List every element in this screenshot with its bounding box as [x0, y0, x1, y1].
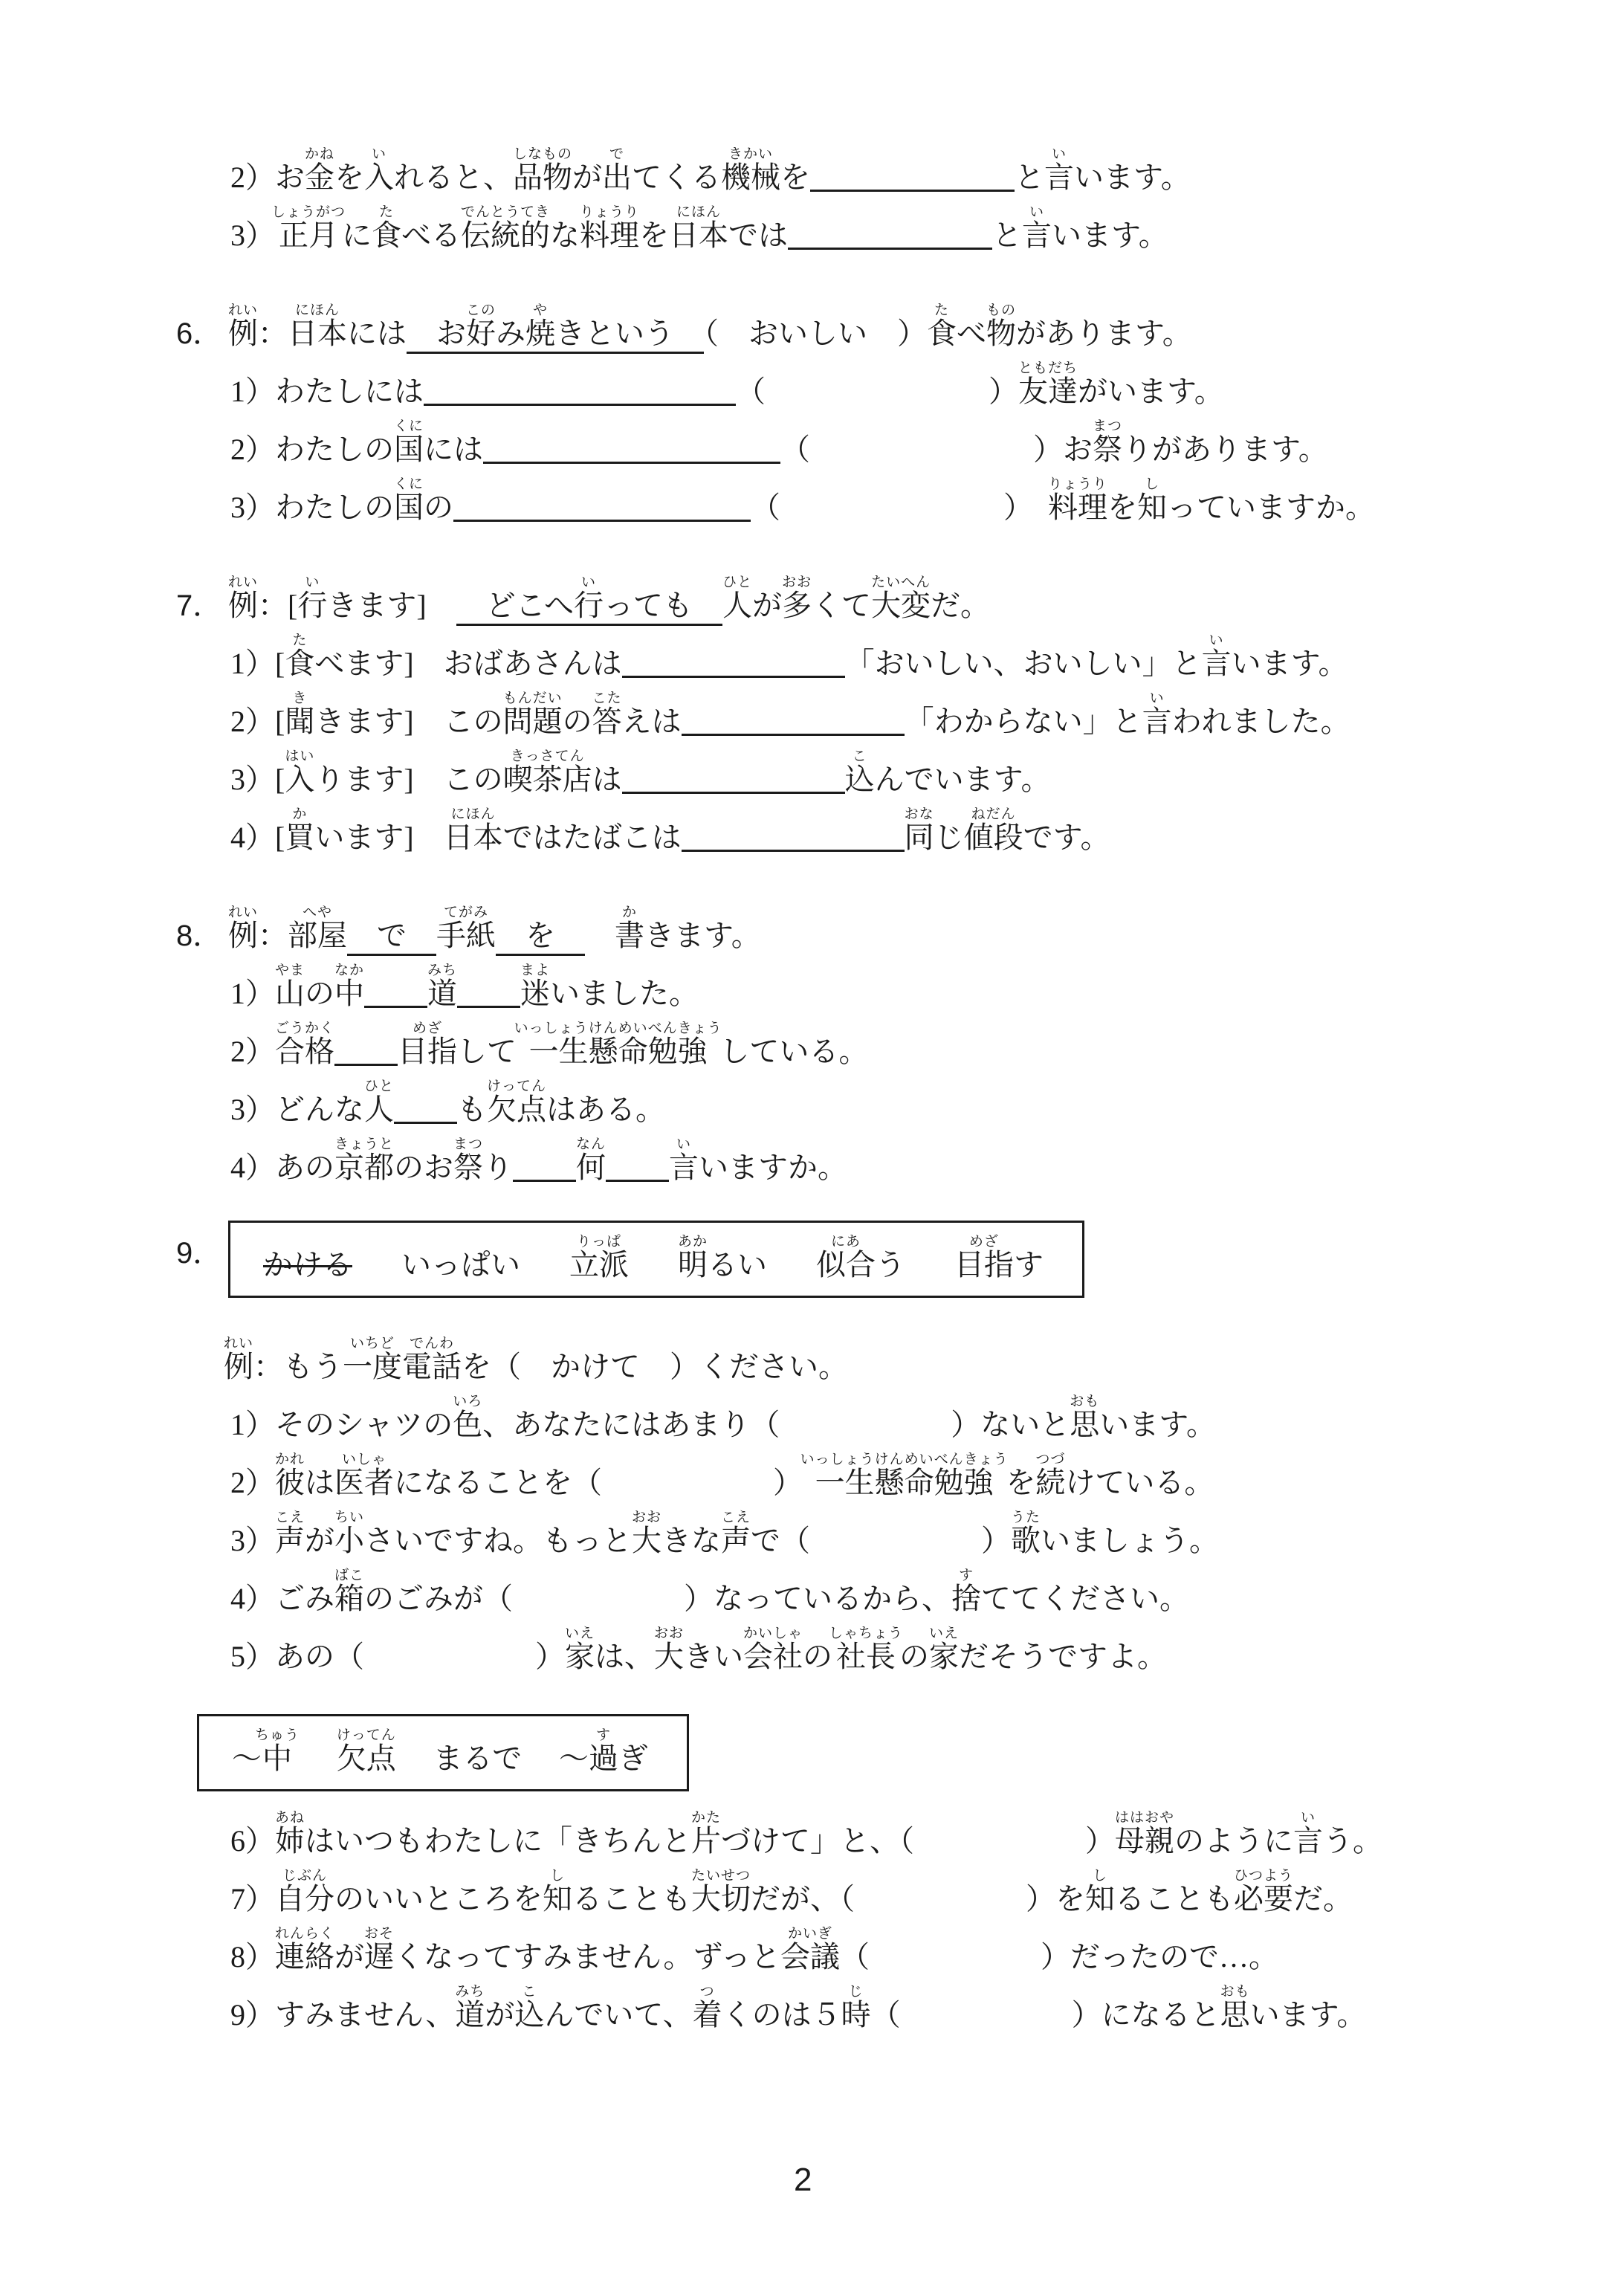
text-run: います。 [1099, 1408, 1216, 1441]
text-run: ） [989, 375, 1018, 408]
text-run: さいですね。もっと [364, 1524, 632, 1557]
text-run: 2） [230, 1466, 275, 1499]
ruby-annotated-text: 機械きかい [721, 161, 780, 194]
ruby-annotated-text: 答こた [592, 705, 622, 738]
q9-item-8: 8）連絡れんらくが遅おそくなってすみません。ずっと会議かいぎ（）だったので…。 [230, 1918, 1382, 1976]
ruby-annotated-text: 込こ [514, 1998, 544, 2032]
q9-wordbox-1: かけるいっぱい立派りっぱ明あかるい似合にあう目指めざす [228, 1221, 1084, 1298]
text-run: います。 [1232, 647, 1348, 680]
text-run: りがあります。 [1122, 433, 1328, 466]
q8-item-3: 3）どんな人ひとも欠点けってんはある。 [230, 1070, 1382, 1128]
ruby-annotated-text: 家いえ [565, 1640, 595, 1673]
text-run: 3） [230, 1524, 275, 1557]
text-run: 2）お [230, 161, 305, 194]
text-run: います。 [1052, 219, 1168, 252]
text-run: には [347, 317, 407, 350]
wordbox-word: 似合にあう [816, 1227, 905, 1284]
ruby-annotated-text: 日本にほん [444, 821, 503, 854]
q5-item-2: 2）お金かねを入いれると、品物しなものが出でてくる機械きかいをと言いいます。 [230, 138, 1382, 196]
text-run: きます] [327, 589, 456, 622]
text-run: ）なっているから、 [684, 1582, 951, 1615]
ruby-annotated-text: 中ちゅう [262, 1742, 300, 1775]
fill-blank-underline [424, 398, 736, 406]
text-run: になることを（ [394, 1466, 602, 1499]
underlined-text: を [496, 919, 585, 956]
wordbox-word: 立派りっぱ [569, 1227, 629, 1284]
ruby-annotated-text: 一生懸命勉強いっしょうけんめいべんきょう [517, 1035, 719, 1068]
ruby-annotated-text: 続つづ [1035, 1466, 1065, 1499]
text-run: が [752, 589, 782, 622]
crossed-out-word: かける [263, 1248, 352, 1281]
ruby-annotated-text: 似合にあ [816, 1248, 876, 1281]
ruby-annotated-text: 手紙てがみ [436, 919, 496, 952]
text-run: み [496, 317, 525, 350]
ruby-annotated-text: 例れい [228, 317, 258, 350]
q6-header: 6．例れい：日本にほんには お好このみ焼やきという （ おいしい ）食たべ物もの… [176, 294, 1382, 352]
ruby-annotated-text: 例れい [228, 919, 258, 952]
ruby-annotated-text: 例れい [224, 1350, 253, 1383]
ruby-annotated-text: 電話でんわ [402, 1350, 462, 1383]
text-run: どこへ [456, 589, 574, 622]
ruby-annotated-text: 欠点けってん [487, 1093, 546, 1126]
fill-blank-underline [682, 728, 905, 736]
ruby-annotated-text: 食た [285, 647, 314, 680]
ruby-annotated-text: 食た [372, 219, 401, 252]
text-run: では [728, 219, 788, 252]
text-run: 2）わたしの [230, 433, 394, 466]
ruby-annotated-text: 着つ [693, 1998, 722, 2032]
text-run: 1）そのシャツの [230, 1408, 453, 1441]
q9-wordbox-2-row: 〜中ちゅう欠点けってんまるで〜過すぎ [197, 1714, 1382, 1791]
text-run: 4）[ [230, 821, 285, 854]
ruby-annotated-text: 色いろ [453, 1408, 482, 1441]
text-run: の [803, 1640, 832, 1673]
text-run: じ [934, 821, 964, 854]
text-run: きます] この [314, 705, 502, 738]
text-run: いましょう。 [1041, 1524, 1219, 1557]
text-run: が [572, 161, 602, 194]
text-run: で [347, 919, 436, 952]
q9-wordbox-2: 〜中ちゅう欠点けってんまるで〜過すぎ [197, 1714, 689, 1791]
text-run: はいつもわたしに「きちんと [305, 1824, 691, 1858]
text-run: 〜 [559, 1742, 589, 1775]
ruby-annotated-text: 知し [543, 1882, 572, 1916]
fill-blank-underline [622, 670, 845, 678]
text-run: だが、（ [751, 1882, 855, 1916]
text-run: を（ かけて ）ください。 [462, 1350, 848, 1383]
text-run: べます] おばあさんは [314, 647, 621, 680]
ruby-annotated-text: 人ひと [364, 1093, 394, 1126]
ruby-annotated-text: 時じ [841, 1998, 871, 2032]
text-run: 4）あの [230, 1151, 334, 1184]
text-run: で（ [751, 1524, 810, 1557]
ruby-annotated-text: 知し [1085, 1882, 1115, 1916]
text-run: れると、 [394, 161, 513, 194]
ruby-annotated-text: 目指めざ [398, 1035, 457, 1068]
q9-item-3: 3）声こえが小ちいさいですね。もっと大おおきな声こえで（）歌うたいましょう。 [230, 1502, 1382, 1559]
q9-item-6: 6）姉あねはいつもわたしに「きちんと片かたづけて」と、（）母親ははおやのように言… [230, 1802, 1382, 1860]
text-run: くのは５ [722, 1998, 841, 2032]
ruby-annotated-text: 家いえ [929, 1640, 959, 1673]
ruby-annotated-text: 好この [466, 317, 496, 350]
text-run: いますか。 [699, 1151, 847, 1184]
text-run: るい [708, 1248, 767, 1281]
text-run: ：もう [253, 1350, 343, 1383]
q7-item-3: 3）[入はいります] この喫茶店きっさてんは込こんでいます。 [230, 740, 1382, 798]
text-run: があります。 [1016, 317, 1192, 350]
text-run: （ [780, 433, 810, 466]
text-run: だ。 [1293, 1882, 1353, 1916]
ruby-annotated-text: 必要ひつよう [1234, 1882, 1293, 1916]
text-run: だ。 [931, 589, 990, 622]
text-run: っても [604, 589, 722, 622]
ruby-annotated-text: 思おも [1220, 1998, 1250, 2032]
text-run: べ [957, 317, 986, 350]
page-number: 2 [794, 2162, 812, 2199]
ruby-annotated-text: 国くに [394, 433, 424, 466]
text-run: きい [684, 1640, 743, 1673]
text-run: の [424, 491, 453, 524]
text-run: （ [736, 375, 766, 408]
text-run: づけて」と、（ [721, 1824, 914, 1858]
fill-blank-underline [606, 1174, 669, 1182]
ruby-annotated-text: 山やま [275, 977, 305, 1010]
text-run: えは [622, 705, 682, 738]
ruby-annotated-text: 捨す [951, 1582, 981, 1615]
ruby-annotated-text: 明あか [678, 1248, 708, 1281]
text-run: いました。 [550, 977, 699, 1010]
ruby-annotated-text: 何なん [576, 1151, 606, 1184]
ruby-annotated-text: 会議かいぎ [780, 1940, 840, 1974]
text-run: す [1014, 1248, 1044, 1281]
fill-blank-underline [453, 514, 751, 522]
ruby-annotated-text: 問題もんだい [503, 705, 563, 738]
q5-item-3: 3）正月しょうがつに食たべる伝統的でんとうてきな料理りょうりを日本にほんではと言… [230, 196, 1382, 254]
text-run: は [592, 763, 622, 796]
ruby-annotated-text: 品物しなもの [513, 161, 572, 194]
q9-item-4: 4）ごみ箱ばこのごみが（）なっているから、捨すててください。 [230, 1559, 1382, 1617]
ruby-annotated-text: 彼かれ [275, 1466, 305, 1499]
text-run: のいいところを [334, 1882, 543, 1916]
text-run: くて [812, 589, 871, 622]
wordbox-word: 明あかるい [678, 1227, 767, 1284]
text-run: ） [773, 1466, 803, 1499]
ruby-annotated-text: 医者いしゃ [334, 1466, 394, 1499]
ruby-annotated-text: 出で [602, 161, 632, 194]
text-run: ： [258, 317, 288, 350]
text-run: 「おいしい、おいしい」と [845, 647, 1202, 680]
ruby-annotated-text: 料理りょうり [1048, 491, 1107, 524]
text-run: ） [981, 1524, 1011, 1557]
ruby-annotated-text: 立派りっぱ [569, 1248, 629, 1281]
ruby-annotated-text: 大変たいへん [871, 589, 931, 622]
text-run: う [876, 1248, 905, 1281]
text-run: です。 [1023, 821, 1110, 854]
text-run: 1） [230, 977, 275, 1010]
ruby-annotated-text: 合格ごうかく [275, 1035, 334, 1068]
ruby-annotated-text: 入はい [285, 763, 314, 796]
ruby-annotated-text: 道みち [455, 1998, 485, 2032]
text-run: 1）[ [230, 647, 285, 680]
text-run: くなってすみません。ずっと [394, 1940, 780, 1974]
ruby-annotated-text: 一度いちど [343, 1350, 402, 1383]
ruby-annotated-text: 祭まつ [1093, 433, 1122, 466]
text-run: り [483, 1151, 513, 1184]
text-run: まるで [433, 1742, 523, 1775]
fill-blank-underline [394, 1116, 457, 1124]
wordbox-word: かける [263, 1227, 352, 1284]
q9-item-5: 5）あの（）家いえは、大おおきい会社かいしゃの社長しゃちょうの家いえだそうですよ… [230, 1617, 1382, 1675]
ruby-annotated-text: 迷まよ [520, 977, 550, 1010]
section-number: 6． [176, 315, 228, 352]
ruby-annotated-text: 母親ははおや [1115, 1824, 1174, 1858]
q7-item-4: 4）[買かいます] 日本にほんではたばこは同おなじ値段ねだんです。 [230, 798, 1382, 856]
ruby-annotated-text: 言い [1142, 705, 1172, 738]
text-run: が [485, 1998, 514, 2032]
text-run: を [639, 219, 669, 252]
text-run: がいます。 [1078, 375, 1224, 408]
text-run: 4）ごみ [230, 1582, 334, 1615]
text-run: を [780, 161, 810, 194]
text-run: ： [258, 919, 288, 952]
ruby-annotated-text: 欠点けってん [337, 1742, 396, 1775]
ruby-annotated-text: 箱ばこ [334, 1582, 364, 1615]
text-run: ではたばこは [503, 821, 682, 854]
ruby-annotated-text: 大切たいせつ [691, 1882, 751, 1916]
wordbox-word: まるで [433, 1721, 523, 1777]
ruby-annotated-text: 行い [297, 589, 327, 622]
text-run: べる [401, 219, 461, 252]
text-run: ）になると [1072, 1998, 1220, 2032]
fill-blank-underline [810, 184, 1015, 192]
ruby-annotated-text: 大おお [632, 1524, 661, 1557]
ruby-annotated-text: 行い [574, 589, 604, 622]
ruby-annotated-text: 自分じぶん [275, 1882, 334, 1916]
fill-blank-underline [334, 1058, 398, 1066]
ruby-annotated-text: 知し [1137, 491, 1167, 524]
underlined-text: で [347, 919, 436, 956]
text-run: ぎ [618, 1742, 648, 1775]
ruby-annotated-text: 伝統的でんとうてき [461, 219, 550, 252]
ruby-annotated-text: 料理りょうり [580, 219, 639, 252]
text-run: ） [1085, 1824, 1115, 1858]
ruby-annotated-text: 社長しゃちょう [832, 1640, 899, 1673]
text-run: が [334, 1940, 364, 1974]
ruby-annotated-text: 大おお [654, 1640, 684, 1673]
text-run: のお [394, 1151, 453, 1184]
fill-blank-underline [483, 456, 780, 464]
text-run: 3）[ [230, 763, 285, 796]
text-run: の [899, 1640, 929, 1673]
text-run: います。 [1074, 161, 1191, 194]
worksheet-page: 2）お金かねを入いれると、品物しなものが出でてくる機械きかいをと言いいます。3）… [0, 0, 1624, 2282]
ruby-annotated-text: 部屋へや [288, 919, 347, 952]
q8-item-4: 4）あの京都きょうとのお祭まつり何なん言いいますか。 [230, 1128, 1382, 1186]
ruby-annotated-text: 声こえ [721, 1524, 751, 1557]
text-run: 、あなたにはあまり（ [482, 1408, 780, 1441]
ruby-annotated-text: 言い [1044, 161, 1074, 194]
text-run: ります] この [314, 763, 502, 796]
text-run: 3）わたしの [230, 491, 394, 524]
q9-item-2: 2）彼かれは医者いしゃになることを（）一生懸命勉強いっしょうけんめいべんきょうを… [230, 1444, 1382, 1502]
text-run: 2）[ [230, 705, 285, 738]
text-run: ）だったので…。 [1041, 1940, 1278, 1974]
ruby-annotated-text: 多おお [782, 589, 812, 622]
text-run: 3） [230, 219, 275, 252]
text-run [585, 919, 615, 952]
text-run: んでいます。 [875, 763, 1051, 796]
text-run: 9）すみません、 [230, 1998, 455, 2032]
text-run: 2） [230, 1035, 275, 1068]
text-run: のように [1174, 1824, 1293, 1858]
text-run: います。 [1250, 1998, 1367, 2032]
ruby-annotated-text: 片かた [691, 1824, 721, 1858]
text-run: の [563, 705, 592, 738]
q8-item-1: 1）山やまの中なか道みち迷まよいました。 [230, 954, 1382, 1012]
text-run: （ [840, 1940, 870, 1974]
ruby-annotated-text: 遅おそ [364, 1940, 394, 1974]
ruby-annotated-text: 買か [285, 821, 314, 854]
text-run: きという [555, 317, 704, 350]
underlined-text: お好このみ焼やきという [407, 317, 704, 354]
wordbox-word: 欠点けってん [337, 1721, 396, 1777]
ruby-annotated-text: 一生懸命勉強いっしょうけんめいべんきょう [803, 1466, 1006, 1499]
q9-item-7: 7）自分じぶんのいいところを知しることも大切たいせつだが、（）を知しることも必要… [230, 1860, 1382, 1918]
ruby-annotated-text: 声こえ [275, 1524, 305, 1557]
text-run: ） [535, 1640, 565, 1673]
ruby-annotated-text: 焼や [525, 317, 555, 350]
ruby-annotated-text: 日本にほん [288, 317, 347, 350]
ruby-annotated-text: 祭まつ [453, 1151, 483, 1184]
q9-example: 例れい：もう一度いちど電話でんわを（ かけて ）ください。 [224, 1328, 1382, 1386]
text-run: ることも [572, 1882, 691, 1916]
text-run: （ [751, 491, 780, 524]
fill-blank-underline [788, 242, 992, 250]
ruby-annotated-text: 歌うた [1011, 1524, 1041, 1557]
text-run: ることも [1115, 1882, 1234, 1916]
text-run: われました。 [1172, 705, 1350, 738]
ruby-annotated-text: 金かね [305, 161, 334, 194]
ruby-annotated-text: 例れい [228, 589, 258, 622]
text-run: 5）あの（ [230, 1640, 364, 1673]
text-run: はある。 [546, 1093, 665, 1126]
text-run: けている。 [1065, 1466, 1214, 1499]
ruby-annotated-text: 食た [927, 317, 957, 350]
text-run: と [992, 219, 1022, 252]
ruby-annotated-text: 過す [589, 1742, 618, 1775]
ruby-annotated-text: 入い [364, 161, 394, 194]
text-run: を [1107, 491, 1137, 524]
ruby-annotated-text: 京都きょうと [334, 1151, 394, 1184]
text-run: に [342, 219, 372, 252]
section-number: 8． [176, 917, 228, 954]
ruby-annotated-text: 姉あね [275, 1824, 305, 1858]
text-run: ：[ [258, 589, 297, 622]
fill-blank-underline [457, 1000, 520, 1008]
text-run: は [305, 1466, 334, 1499]
ruby-annotated-text: 言い [1202, 647, 1232, 680]
ruby-annotated-text: 値段ねだん [964, 821, 1023, 854]
text-run: 6） [230, 1824, 275, 1858]
text-run: を [334, 161, 364, 194]
text-run: んでいて、 [544, 1998, 692, 2032]
underlined-text: どこへ行いっても [456, 589, 722, 626]
ruby-annotated-text: 日本にほん [669, 219, 728, 252]
ruby-annotated-text: 書か [615, 919, 644, 952]
ruby-annotated-text: 連絡れんらく [275, 1940, 334, 1974]
ruby-annotated-text: 目指めざ [954, 1248, 1014, 1281]
ruby-annotated-text: 正月しょうがつ [275, 219, 342, 252]
ruby-annotated-text: 聞き [285, 705, 314, 738]
ruby-annotated-text: 中なか [334, 977, 364, 1010]
ruby-annotated-text: 込こ [845, 763, 875, 796]
text-run: ）を [1026, 1882, 1085, 1916]
text-run: ） [1003, 491, 1048, 524]
text-run: （ [871, 1998, 901, 2032]
q9-item-9: 9）すみません、道みちが込こんでいて、着つくのは５時じ（）になると思おもいます。 [230, 1976, 1382, 2034]
ruby-annotated-text: 友達ともだち [1018, 375, 1078, 408]
text-run: っていますか。 [1167, 491, 1375, 524]
text-run: きな [661, 1524, 721, 1557]
q9-wordbox-1-row: 9．かけるいっぱい立派りっぱ明あかるい似合にあう目指めざす [176, 1221, 1382, 1298]
text-run: お [407, 317, 466, 350]
fill-blank-underline [364, 1000, 427, 1008]
text-run: 8） [230, 1940, 275, 1974]
wordbox-word: 〜中ちゅう [232, 1721, 300, 1777]
ruby-annotated-text: 人ひと [722, 589, 752, 622]
q7-item-1: 1）[食たべます] おばあさんは「おいしい、おいしい」と言いいます。 [230, 624, 1382, 682]
ruby-annotated-text: 喫茶店きっさてん [503, 763, 592, 796]
text-run: のごみが（ [364, 1582, 513, 1615]
q6-item-2: 2）わたしの国くにには（）お祭まつりがあります。 [230, 410, 1382, 468]
text-run: います] [314, 821, 443, 854]
wordbox-word: いっぱい [401, 1227, 520, 1284]
text-run: 「わからない」と [905, 705, 1142, 738]
text-run: （ おいしい ） [704, 317, 927, 350]
fill-blank-underline [513, 1174, 576, 1182]
wordbox-word: 目指めざす [954, 1227, 1044, 1284]
text-run: も [457, 1093, 487, 1126]
section-number: 9． [176, 1221, 228, 1272]
text-run: 1）わたしには [230, 375, 424, 408]
ruby-annotated-text: 国くに [394, 491, 424, 524]
fill-blank-underline [622, 786, 845, 794]
wordbox-word: 〜過すぎ [559, 1721, 648, 1777]
ruby-annotated-text: 会社かいしゃ [743, 1640, 803, 1673]
text-run: には [424, 433, 483, 466]
q8-header: 8．例れい：部屋へや で 手紙てがみ を 書かきます。 [176, 896, 1382, 954]
text-run: ）ないと [951, 1408, 1070, 1441]
q7-header: 7．例れい：[行いきます] どこへ行いっても 人ひとが多おおくて大変たいへんだ。 [176, 566, 1382, 624]
text-run: 7） [230, 1882, 275, 1916]
ruby-annotated-text: 物もの [986, 317, 1016, 350]
q9-item-1: 1）そのシャツの色いろ、あなたにはあまり（）ないと思おもいます。 [230, 1386, 1382, 1444]
q8-item-2: 2）合格ごうかく目指めざして一生懸命勉強いっしょうけんめいべんきょうしている。 [230, 1012, 1382, 1070]
ruby-annotated-text: 思おも [1070, 1408, 1099, 1441]
text-run: を [1006, 1466, 1035, 1499]
ruby-annotated-text: 言い [1293, 1824, 1323, 1858]
text-run: だそうですよ。 [959, 1640, 1167, 1673]
text-run: いっぱい [401, 1248, 520, 1281]
text-run: を [496, 919, 585, 952]
text-run: きます。 [644, 919, 761, 952]
ruby-annotated-text: 言い [669, 1151, 699, 1184]
text-run: は、 [595, 1640, 654, 1673]
section-number: 7． [176, 587, 228, 624]
q6-item-1: 1）わたしには（）友達ともだちがいます。 [230, 352, 1382, 410]
content: 2）お金かねを入いれると、品物しなものが出でてくる機械きかいをと言いいます。3）… [176, 138, 1382, 2034]
ruby-annotated-text: 小ちい [334, 1524, 364, 1557]
